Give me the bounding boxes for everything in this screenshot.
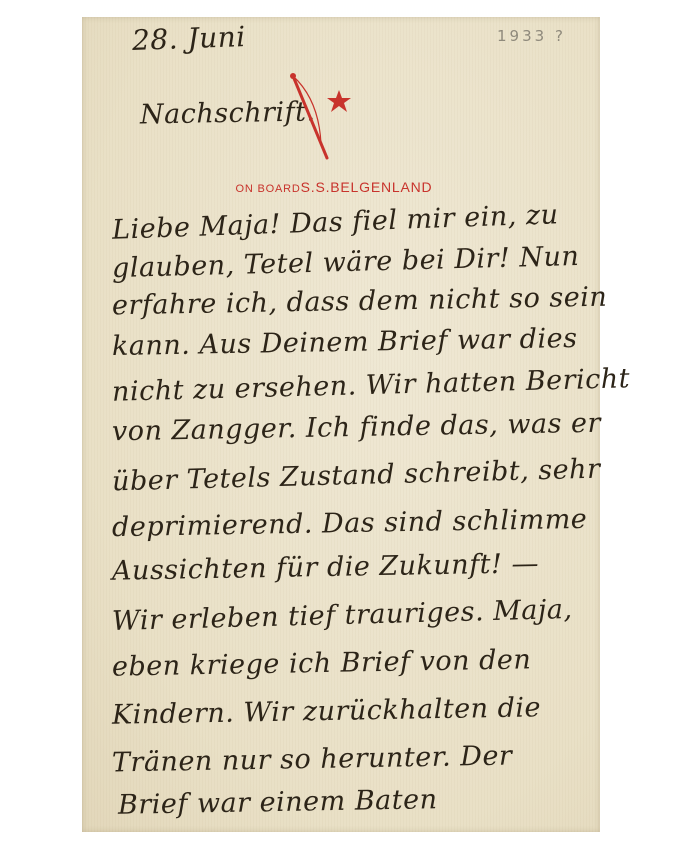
letter-line: Brief war einem Baten [118,784,438,821]
letter-date: 28. Juni [131,20,246,57]
pencil-date-note: 1933 ? [497,27,566,45]
letterhead: ON BOARDS.S.BELGENLAND [218,179,450,195]
letterhead-prefix: ON BOARD [236,183,301,195]
letterhead-ship: S.S.BELGENLAND [301,179,433,195]
flag-and-star-icon [285,70,355,165]
